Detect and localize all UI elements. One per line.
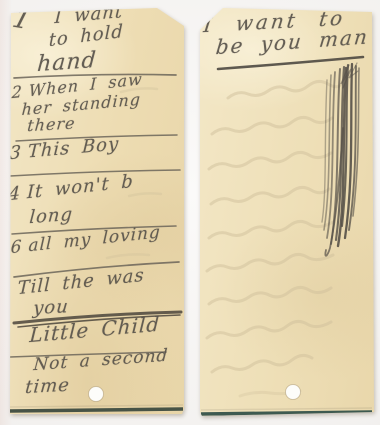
setlist-item-4-line-1: 4It won't b <box>8 173 134 204</box>
ghost-line <box>240 391 300 396</box>
ghost-writing <box>207 81 342 396</box>
title-underline <box>218 57 363 69</box>
ghost-line <box>209 221 333 238</box>
ghost-line <box>207 254 333 271</box>
scribble-stroke <box>349 63 358 78</box>
ghost-line <box>211 187 329 204</box>
setlist-item-6-line-2: you <box>32 298 69 318</box>
pencil-scribble <box>322 63 359 256</box>
scribble-stroke <box>349 66 356 230</box>
scribble-stroke <box>353 68 359 216</box>
ghost-line <box>212 355 312 372</box>
paper-bottom-shadow <box>201 408 372 410</box>
paper-bottom-edge <box>10 409 183 411</box>
scribble-stroke <box>324 75 331 230</box>
scribble-stroke <box>345 64 352 238</box>
song-title: It won't b <box>27 171 134 203</box>
setlist-item-3-number: 3 <box>9 142 23 164</box>
ghost-line <box>212 117 332 134</box>
setlist-item-7-line-1: Little Child <box>29 314 161 346</box>
setlist-item-4-number: 4 <box>8 183 21 205</box>
scribble-stroke <box>341 65 351 88</box>
paper-bottom-shadow <box>10 405 183 407</box>
setlist-item-1-number: 1 <box>10 6 34 34</box>
scribble-stroke <box>336 67 344 240</box>
scribble-stroke <box>342 65 348 226</box>
setlist-photograph: 1 I want to hold hand 2When I saw her st… <box>0 0 380 425</box>
left-page: 1 I want to hold hand 2When I saw her st… <box>9 6 184 415</box>
song-title: This Boy <box>27 133 119 162</box>
setlist-item-2-line-3: there <box>27 115 77 134</box>
right-page-surface: I want to be you man <box>200 8 374 417</box>
ghost-line <box>209 152 331 169</box>
setlist-item-3-line-1: 3This Boy <box>9 135 120 163</box>
scribble-stroke <box>325 128 343 256</box>
punch-hole <box>286 385 301 400</box>
ghost-line <box>129 193 161 196</box>
paper-bottom-edge <box>201 412 372 414</box>
setlist-item-8-line-1: Not a second <box>33 348 169 375</box>
setlist-item-1-line-3: hand <box>36 50 97 76</box>
ghost-line <box>209 287 331 304</box>
left-page-surface: 1 I want to hold hand 2When I saw her st… <box>9 6 184 415</box>
setlist-item-8-line-2: time <box>24 377 70 397</box>
scribble-stroke <box>327 72 335 238</box>
scribble-stroke <box>322 80 327 222</box>
right-page: I want to be you man <box>200 8 374 417</box>
setlist-item-6-line-1: Till the was <box>17 267 145 299</box>
ghost-line <box>228 81 342 98</box>
song-title: all my loving <box>28 222 161 256</box>
ghost-line <box>107 254 149 258</box>
scribble-stroke <box>331 69 340 244</box>
punch-hole <box>89 387 104 402</box>
setlist-item-5-line-1: 6all my loving <box>10 224 161 257</box>
ghost-line <box>207 321 331 338</box>
setlist-item-4-line-2: long <box>29 206 74 227</box>
setlist-item-5-number: 6 <box>10 237 22 258</box>
right-page-pencil-marks <box>200 8 374 417</box>
scribble-stroke <box>338 68 346 246</box>
